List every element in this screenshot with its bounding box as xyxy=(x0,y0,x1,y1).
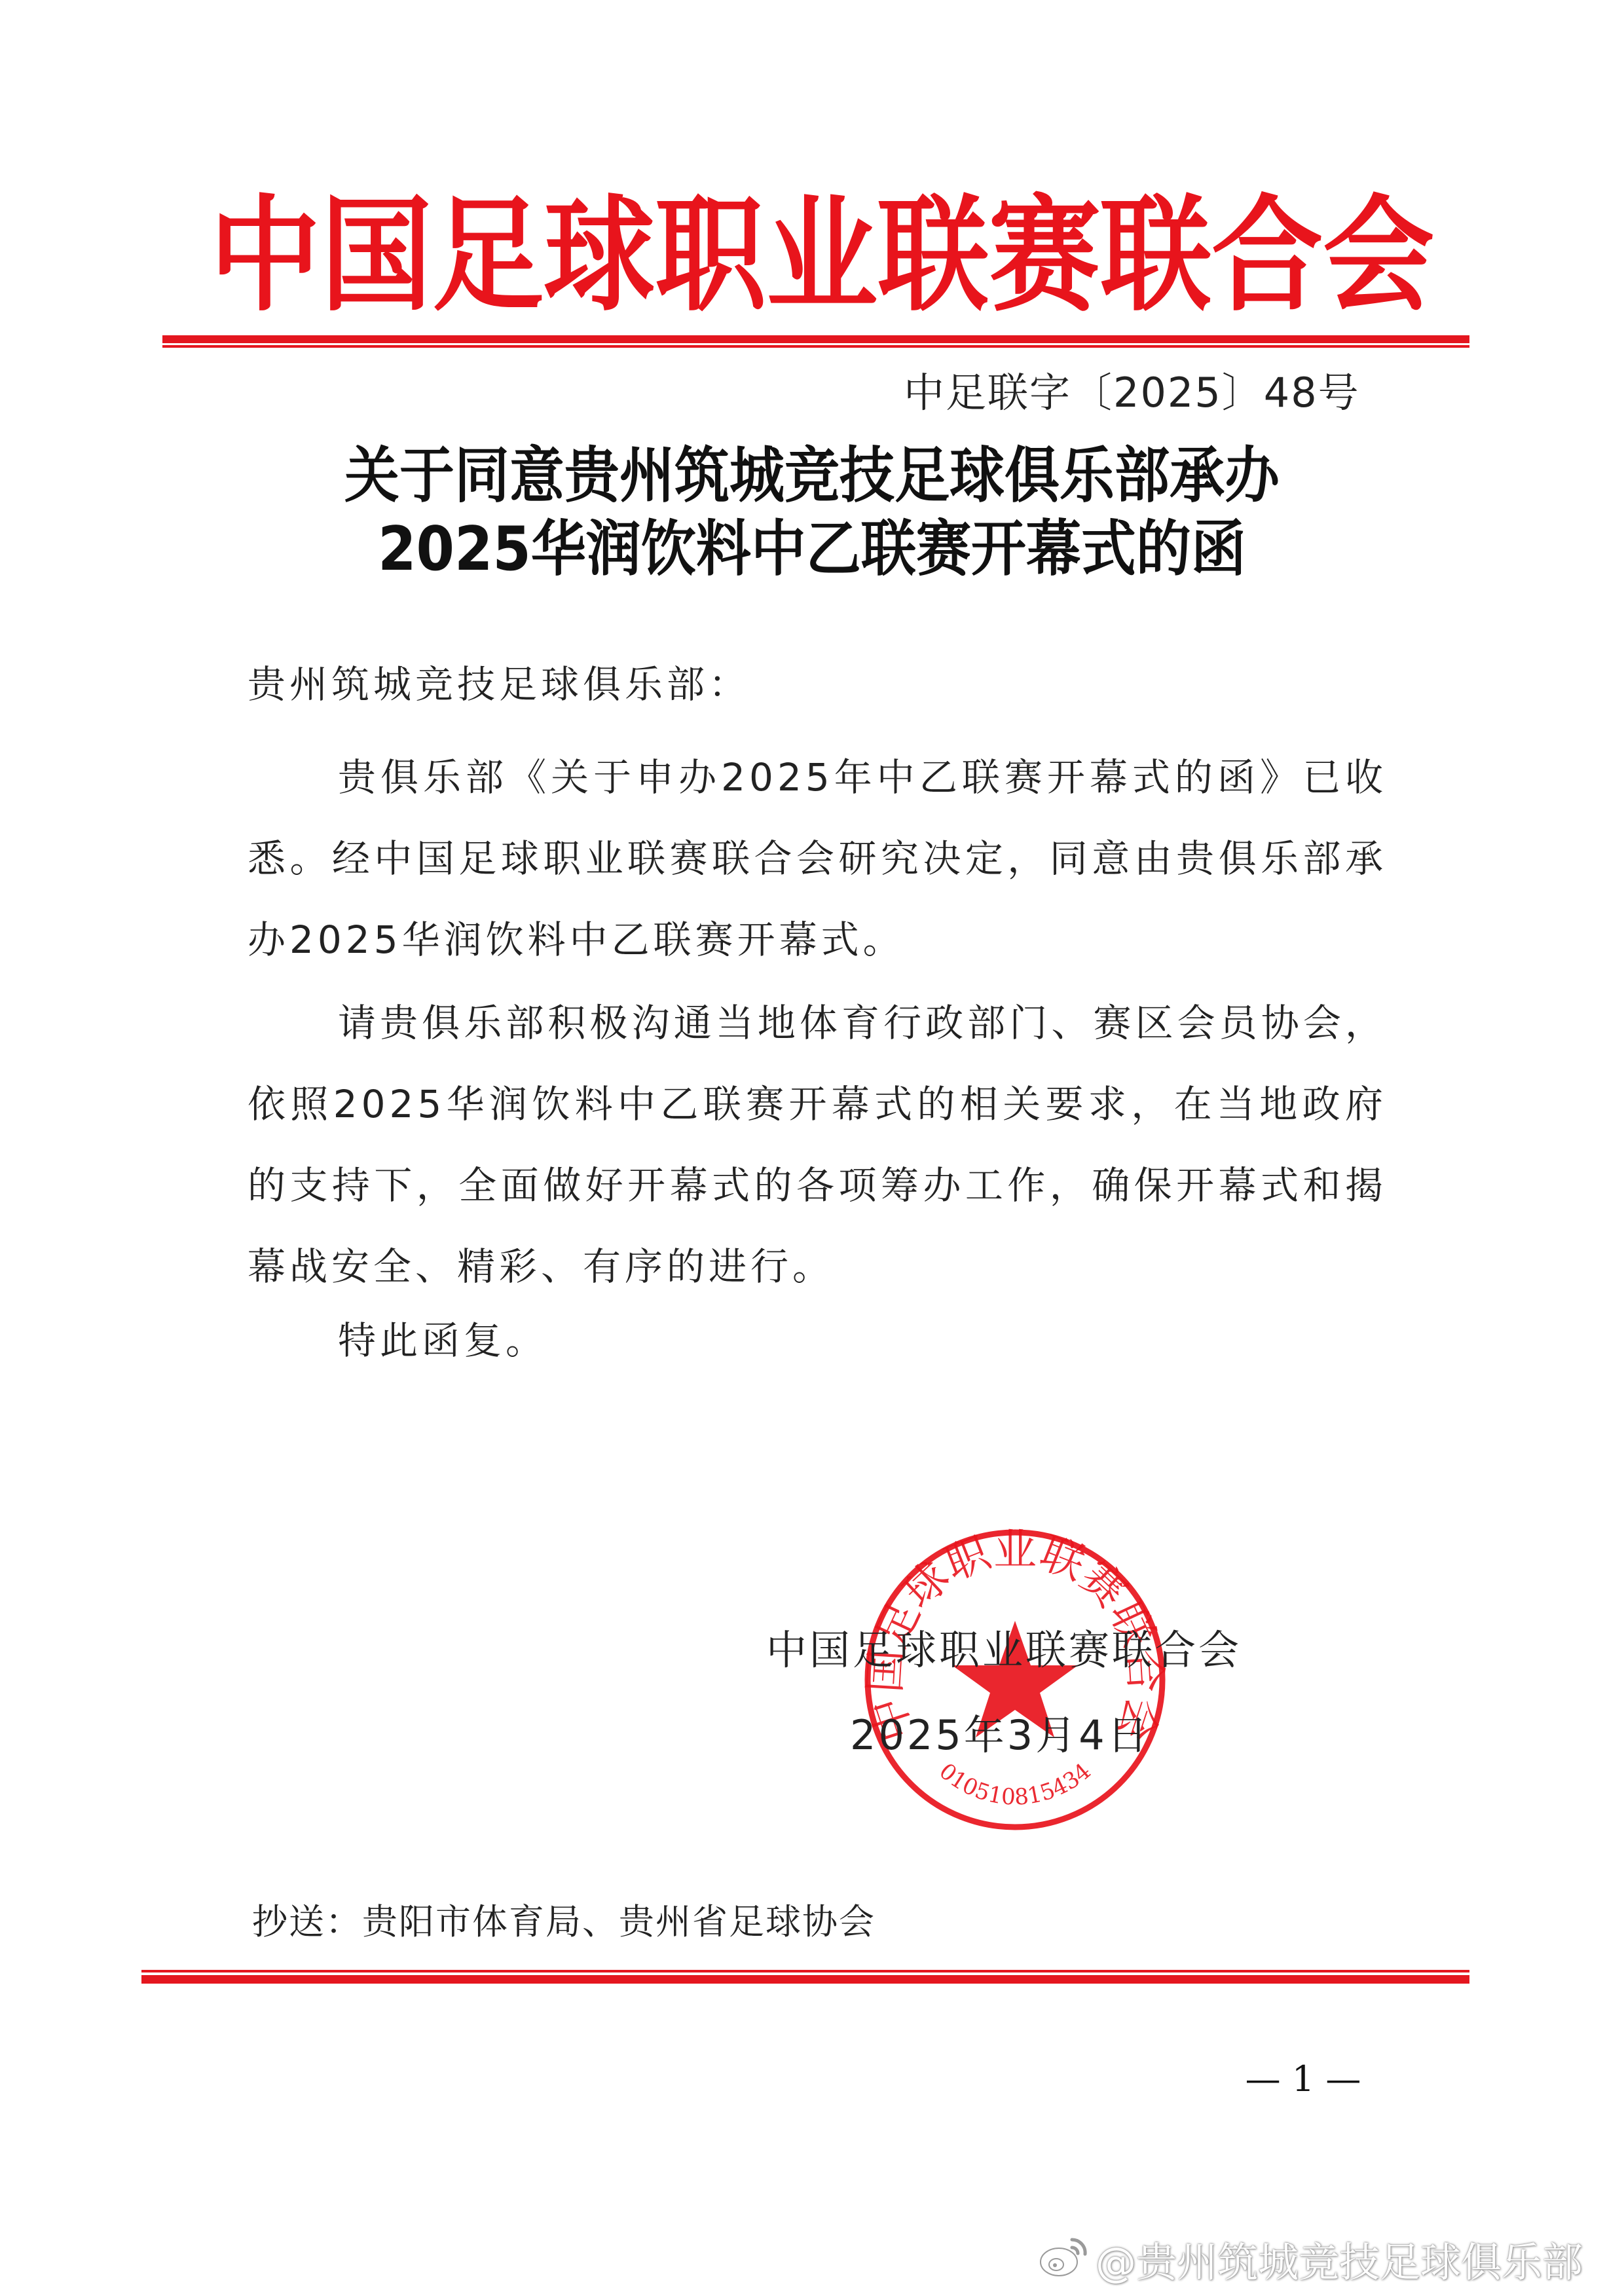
title-line-2: 2025华润饮料中乙联赛开幕式的函 xyxy=(196,508,1428,589)
official-seal: 中国足球职业联赛联合会 010510815434 xyxy=(851,1516,1179,1843)
document-number: 中足联字〔2025〕48号 xyxy=(904,363,1362,422)
page-number: — 1 — xyxy=(1231,2056,1375,2102)
letterhead-char: 赛 xyxy=(989,182,1100,329)
seal-graphic: 中国足球职业联赛联合会 010510815434 xyxy=(851,1516,1179,1843)
letterhead-char: 联 xyxy=(1100,182,1211,329)
letterhead-char: 足 xyxy=(432,182,544,329)
weibo-watermark: @贵州筑城竞技足球俱乐部 xyxy=(1038,2233,1583,2291)
letterhead-char: 职 xyxy=(655,182,766,329)
letterhead-char: 国 xyxy=(321,182,432,329)
footer-divider-thick xyxy=(141,1975,1469,1984)
watermark-text: @贵州筑城竞技足球俱乐部 xyxy=(1096,2236,1583,2289)
title-line-1: 关于同意贵州筑城竞技足球俱乐部承办 xyxy=(196,435,1428,515)
header-divider-thin xyxy=(162,345,1469,348)
letterhead-char: 合 xyxy=(1211,182,1323,329)
letterhead-char: 中 xyxy=(210,182,321,329)
paragraph-2: 请贵俱乐部积极沟通当地体育行政部门、赛区会员协会，依照2025华润饮料中乙联赛开… xyxy=(248,982,1387,1307)
letterhead-title: 中 国 足 球 职 业 联 赛 联 合 会 xyxy=(210,190,1408,321)
signature-date: 2025年3月4日 xyxy=(850,1709,1151,1762)
paragraph-1: 贵俱乐部《关于申办2025年中乙联赛开幕式的函》已收悉。经中国足球职业联赛联合会… xyxy=(248,737,1387,980)
letterhead-char: 球 xyxy=(544,182,655,329)
weibo-logo-icon xyxy=(1038,2233,1090,2291)
carbon-copy-line: 抄送：贵阳市体育局、贵州省足球协会 xyxy=(252,1896,876,1948)
letterhead-char: 联 xyxy=(877,182,989,329)
footer-divider-thin xyxy=(141,1970,1469,1972)
document-title: 关于同意贵州筑城竞技足球俱乐部承办 2025华润饮料中乙联赛开幕式的函 xyxy=(196,439,1428,585)
header-divider-thick xyxy=(162,335,1469,343)
salutation: 贵州筑城竞技足球俱乐部： xyxy=(248,658,750,711)
paragraph-3: 特此函复。 xyxy=(248,1300,1387,1381)
letterhead-char: 会 xyxy=(1323,182,1434,329)
letterhead-char: 业 xyxy=(766,182,877,329)
signature-organization: 中国足球职业联赛联合会 xyxy=(766,1624,1242,1676)
seal-serial-number: 010510815434 xyxy=(934,1758,1096,1811)
